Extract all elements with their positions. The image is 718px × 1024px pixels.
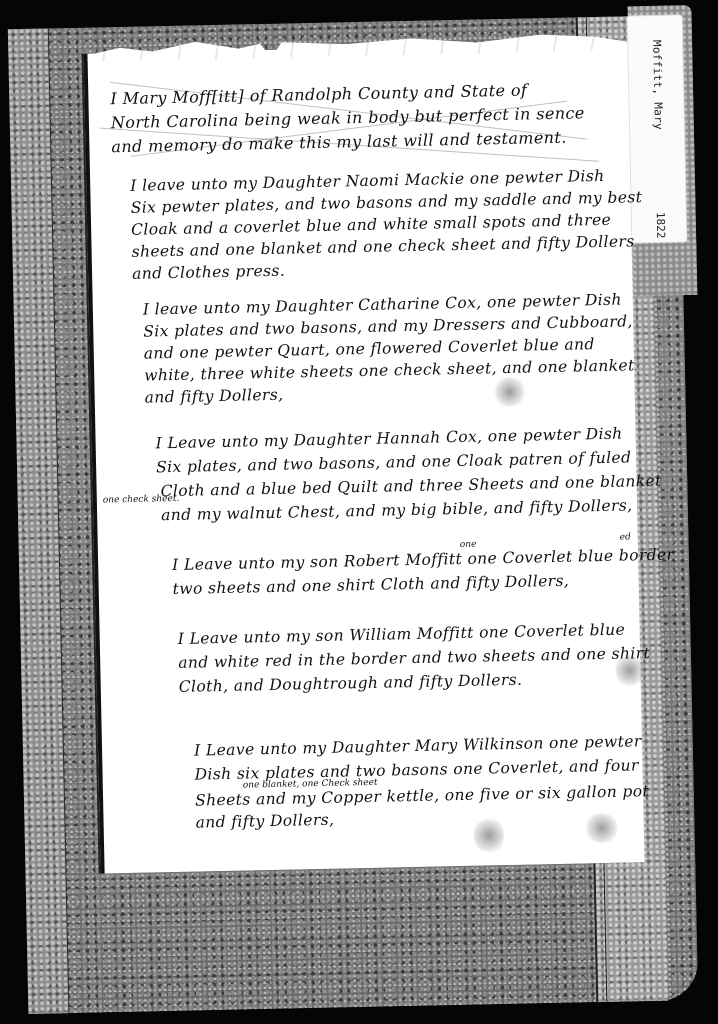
folder-label: Moffitt, Mary 1822 xyxy=(628,15,687,242)
will-document-page: I Mary Moff[itt] of Randolph County and … xyxy=(83,42,644,873)
bequest-line: Six plates, and two basons, and one Cloa… xyxy=(156,448,632,476)
margin-note: one check sheet. xyxy=(103,494,180,506)
bequest-line: I Leave unto my Daughter Hannah Cox, one… xyxy=(155,425,622,453)
bequest-line: and fifty Dollers, xyxy=(195,811,334,832)
bequest-line: I Leave unto my son Robert Moffitt one C… xyxy=(172,546,675,575)
bequest-line: I Leave unto my Daughter Mary Wilkinson … xyxy=(194,732,642,759)
preamble-line: I Mary Moff[itt] of Randolph County and … xyxy=(110,81,527,109)
preamble-line: and memory do make this my last will and… xyxy=(111,128,567,157)
folder-label-name: Moffitt, Mary xyxy=(650,40,665,130)
interlinear-insert: ed xyxy=(620,532,631,542)
bequest-line: and white red in the border and two shee… xyxy=(178,644,650,672)
bequest-line: two sheets and one shirt Cloth and fifty… xyxy=(173,572,570,598)
bequest-line: and fifty Dollers, xyxy=(144,386,283,407)
stain xyxy=(583,813,620,844)
bequest-line: I Leave unto my son William Moffitt one … xyxy=(178,621,626,648)
bequest-line: Cloth, and Doughtrough and fifty Dollers… xyxy=(179,671,523,696)
bequest-line: Cloth and a blue bed Quilt and three She… xyxy=(160,472,661,500)
stain xyxy=(474,815,505,856)
bequest-line: and my walnut Chest, and my big bible, a… xyxy=(161,496,633,524)
folder-label-year: 1822 xyxy=(654,212,668,239)
interlinear-insert: one xyxy=(460,540,477,550)
ink-blot xyxy=(494,375,525,410)
bequest-line: and Clothes press. xyxy=(132,262,285,283)
